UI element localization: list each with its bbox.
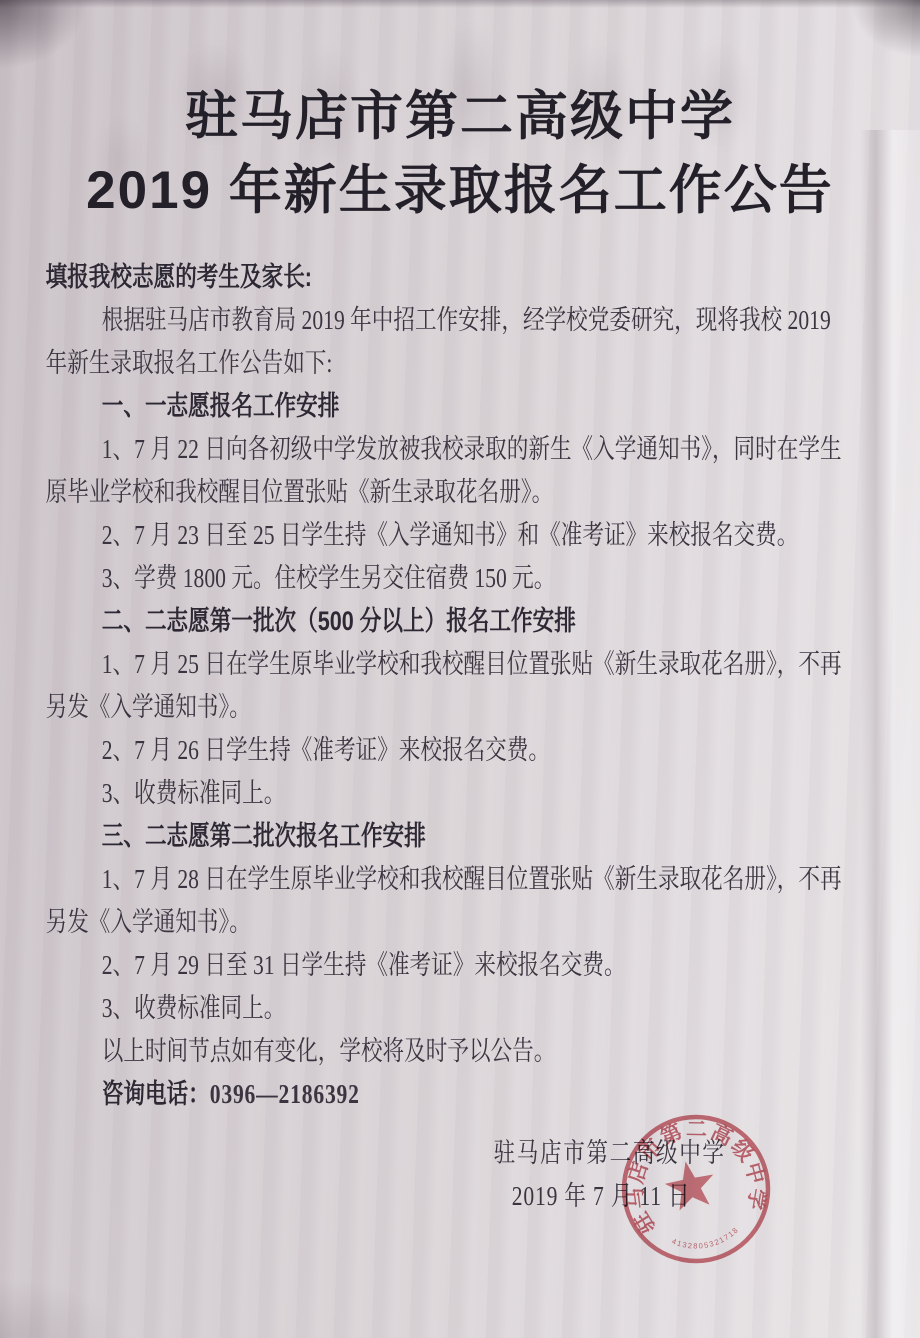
- page-title-line1: 驻马店市第二高级中学: [0, 80, 920, 154]
- contact-label: 咨询电话：: [102, 1079, 210, 1109]
- page-title-line2: 2019 年新生录取报名工作公告: [0, 154, 920, 228]
- document-photo: 驻马店市第二高级中学 2019 年新生录取报名工作公告 填报我校志愿的考生及家长…: [0, 0, 920, 1338]
- section-3-heading: 三、二志愿第二批次报名工作安排: [46, 815, 875, 858]
- section-2-item-2: 2、7 月 26 日学生持《准考证》来校报名交费。: [46, 729, 875, 772]
- photo-corner-shadow-bl: [0, 1278, 120, 1338]
- contact-phone: 0396—2186392: [210, 1079, 360, 1109]
- section-2-item-1: 1、7 月 25 日在学生原毕业学校和我校醒目位置张贴《新生录取花名册》，不再 …: [46, 643, 875, 729]
- intro-paragraph: 根据驻马店市教育局 2019 年中招工作安排，经学校党委研究，现将我校 2019…: [46, 299, 875, 385]
- photo-top-edge: [0, 0, 920, 8]
- section-1-item-1: 1、7 月 22 日向各初级中学发放被我校录取的新生《入学通知书》，同时在学生 …: [46, 428, 875, 514]
- photo-corner-shadow-tr: [845, 0, 920, 62]
- section-1-item-3: 3、学费 1800 元。住校学生另交住宿费 150 元。: [46, 557, 875, 600]
- official-seal: 驻马店市第二高级中学 4132805321718: [598, 1091, 795, 1288]
- section-2-heading: 二、二志愿第一批次（500 分以上）报名工作安排: [46, 600, 875, 643]
- closing-note: 以上时间节点如有变化，学校将及时予以公告。: [46, 1030, 875, 1073]
- section-3-item-1: 1、7 月 28 日在学生原毕业学校和我校醒目位置张贴《新生录取花名册》，不再 …: [46, 858, 875, 944]
- salutation: 填报我校志愿的考生及家长:: [46, 256, 875, 299]
- seal-ring-text: 驻马店市第二高级中学: [611, 1104, 776, 1240]
- svg-text:驻马店市第二高级中学: 驻马店市第二高级中学: [611, 1104, 776, 1240]
- document-title: 驻马店市第二高级中学 2019 年新生录取报名工作公告: [0, 80, 920, 228]
- photo-corner-shadow-tl: [0, 0, 95, 75]
- section-3-item-3: 3、收费标准同上。: [46, 987, 875, 1030]
- section-2-item-3: 3、收费标准同上。: [46, 772, 875, 815]
- seal-star-icon: [661, 1157, 718, 1213]
- document-body: 填报我校志愿的考生及家长: 根据驻马店市教育局 2019 年中招工作安排，经学校…: [0, 256, 920, 1218]
- section-1-heading: 一、一志愿报名工作安排: [46, 385, 875, 428]
- section-3-item-2: 2、7 月 29 日至 31 日学生持《准考证》来校报名交费。: [46, 944, 875, 987]
- section-1-item-2: 2、7 月 23 日至 25 日学生持《入学通知书》和《准考证》来校报名交费。: [46, 514, 875, 557]
